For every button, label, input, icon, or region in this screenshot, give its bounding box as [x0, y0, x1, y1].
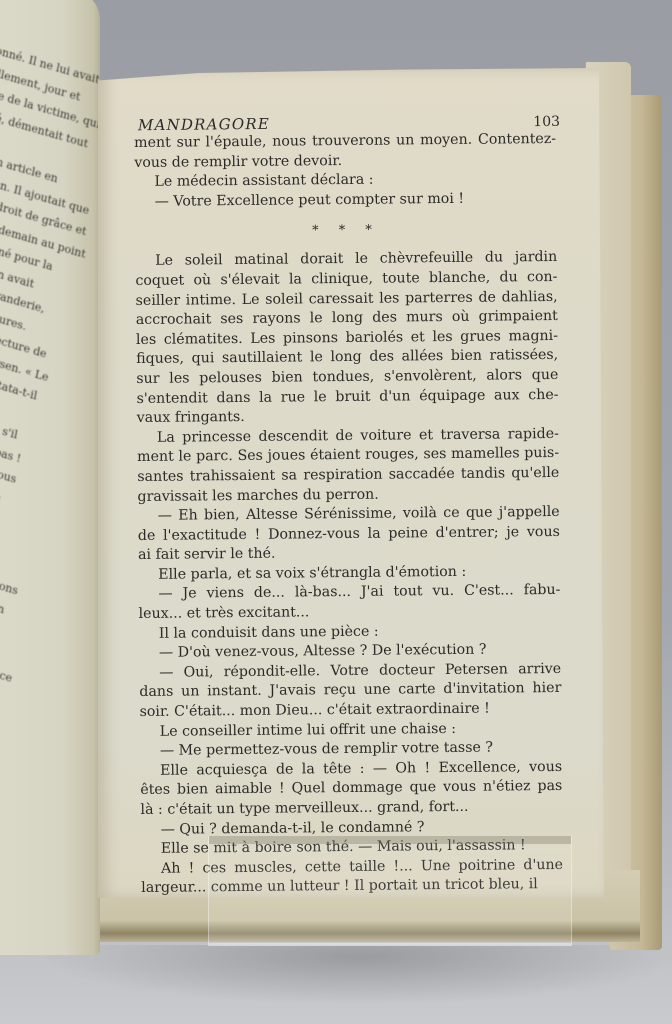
left-page: onné. Il ne lui avaitellement, jour etvr…: [0, 0, 100, 955]
table-shadow: [40, 945, 672, 1005]
page-number: 103: [533, 114, 560, 130]
section-break: * * *: [135, 208, 557, 252]
right-page: MANDRAGORE 103 ment sur l'épaule, nous t…: [98, 68, 604, 898]
text-line: êtes bien aimable ! Quel dommage que vou…: [140, 777, 562, 801]
paragraph-block-before-break: ment sur l'épaule, nous trouverons un mo…: [134, 130, 557, 212]
page-body: ment sur l'épaule, nous trouverons un mo…: [134, 130, 563, 899]
running-title: MANDRAGORE: [138, 115, 270, 134]
left-page-text: onné. Il ne lui avaitellement, jour etvr…: [0, 40, 100, 916]
paragraph-block-after-break: Le soleil matinal dorait le chèvrefeuill…: [135, 248, 563, 899]
stand-lip: [209, 836, 571, 844]
book-photo: onné. Il ne lui avaitellement, jour etvr…: [0, 0, 672, 1024]
stand-base: [209, 943, 571, 946]
text-line: santes trahissaient sa respiration sacca…: [137, 464, 559, 488]
text-line: — Je viens de... là-bas... J'ai tout vu.…: [138, 581, 560, 605]
text-line: dans un instant. J'avais reçu une carte …: [139, 679, 561, 703]
text-line: ment sur l'épaule, nous trouverons un mo…: [134, 130, 556, 154]
acrylic-book-stand: [208, 836, 572, 946]
